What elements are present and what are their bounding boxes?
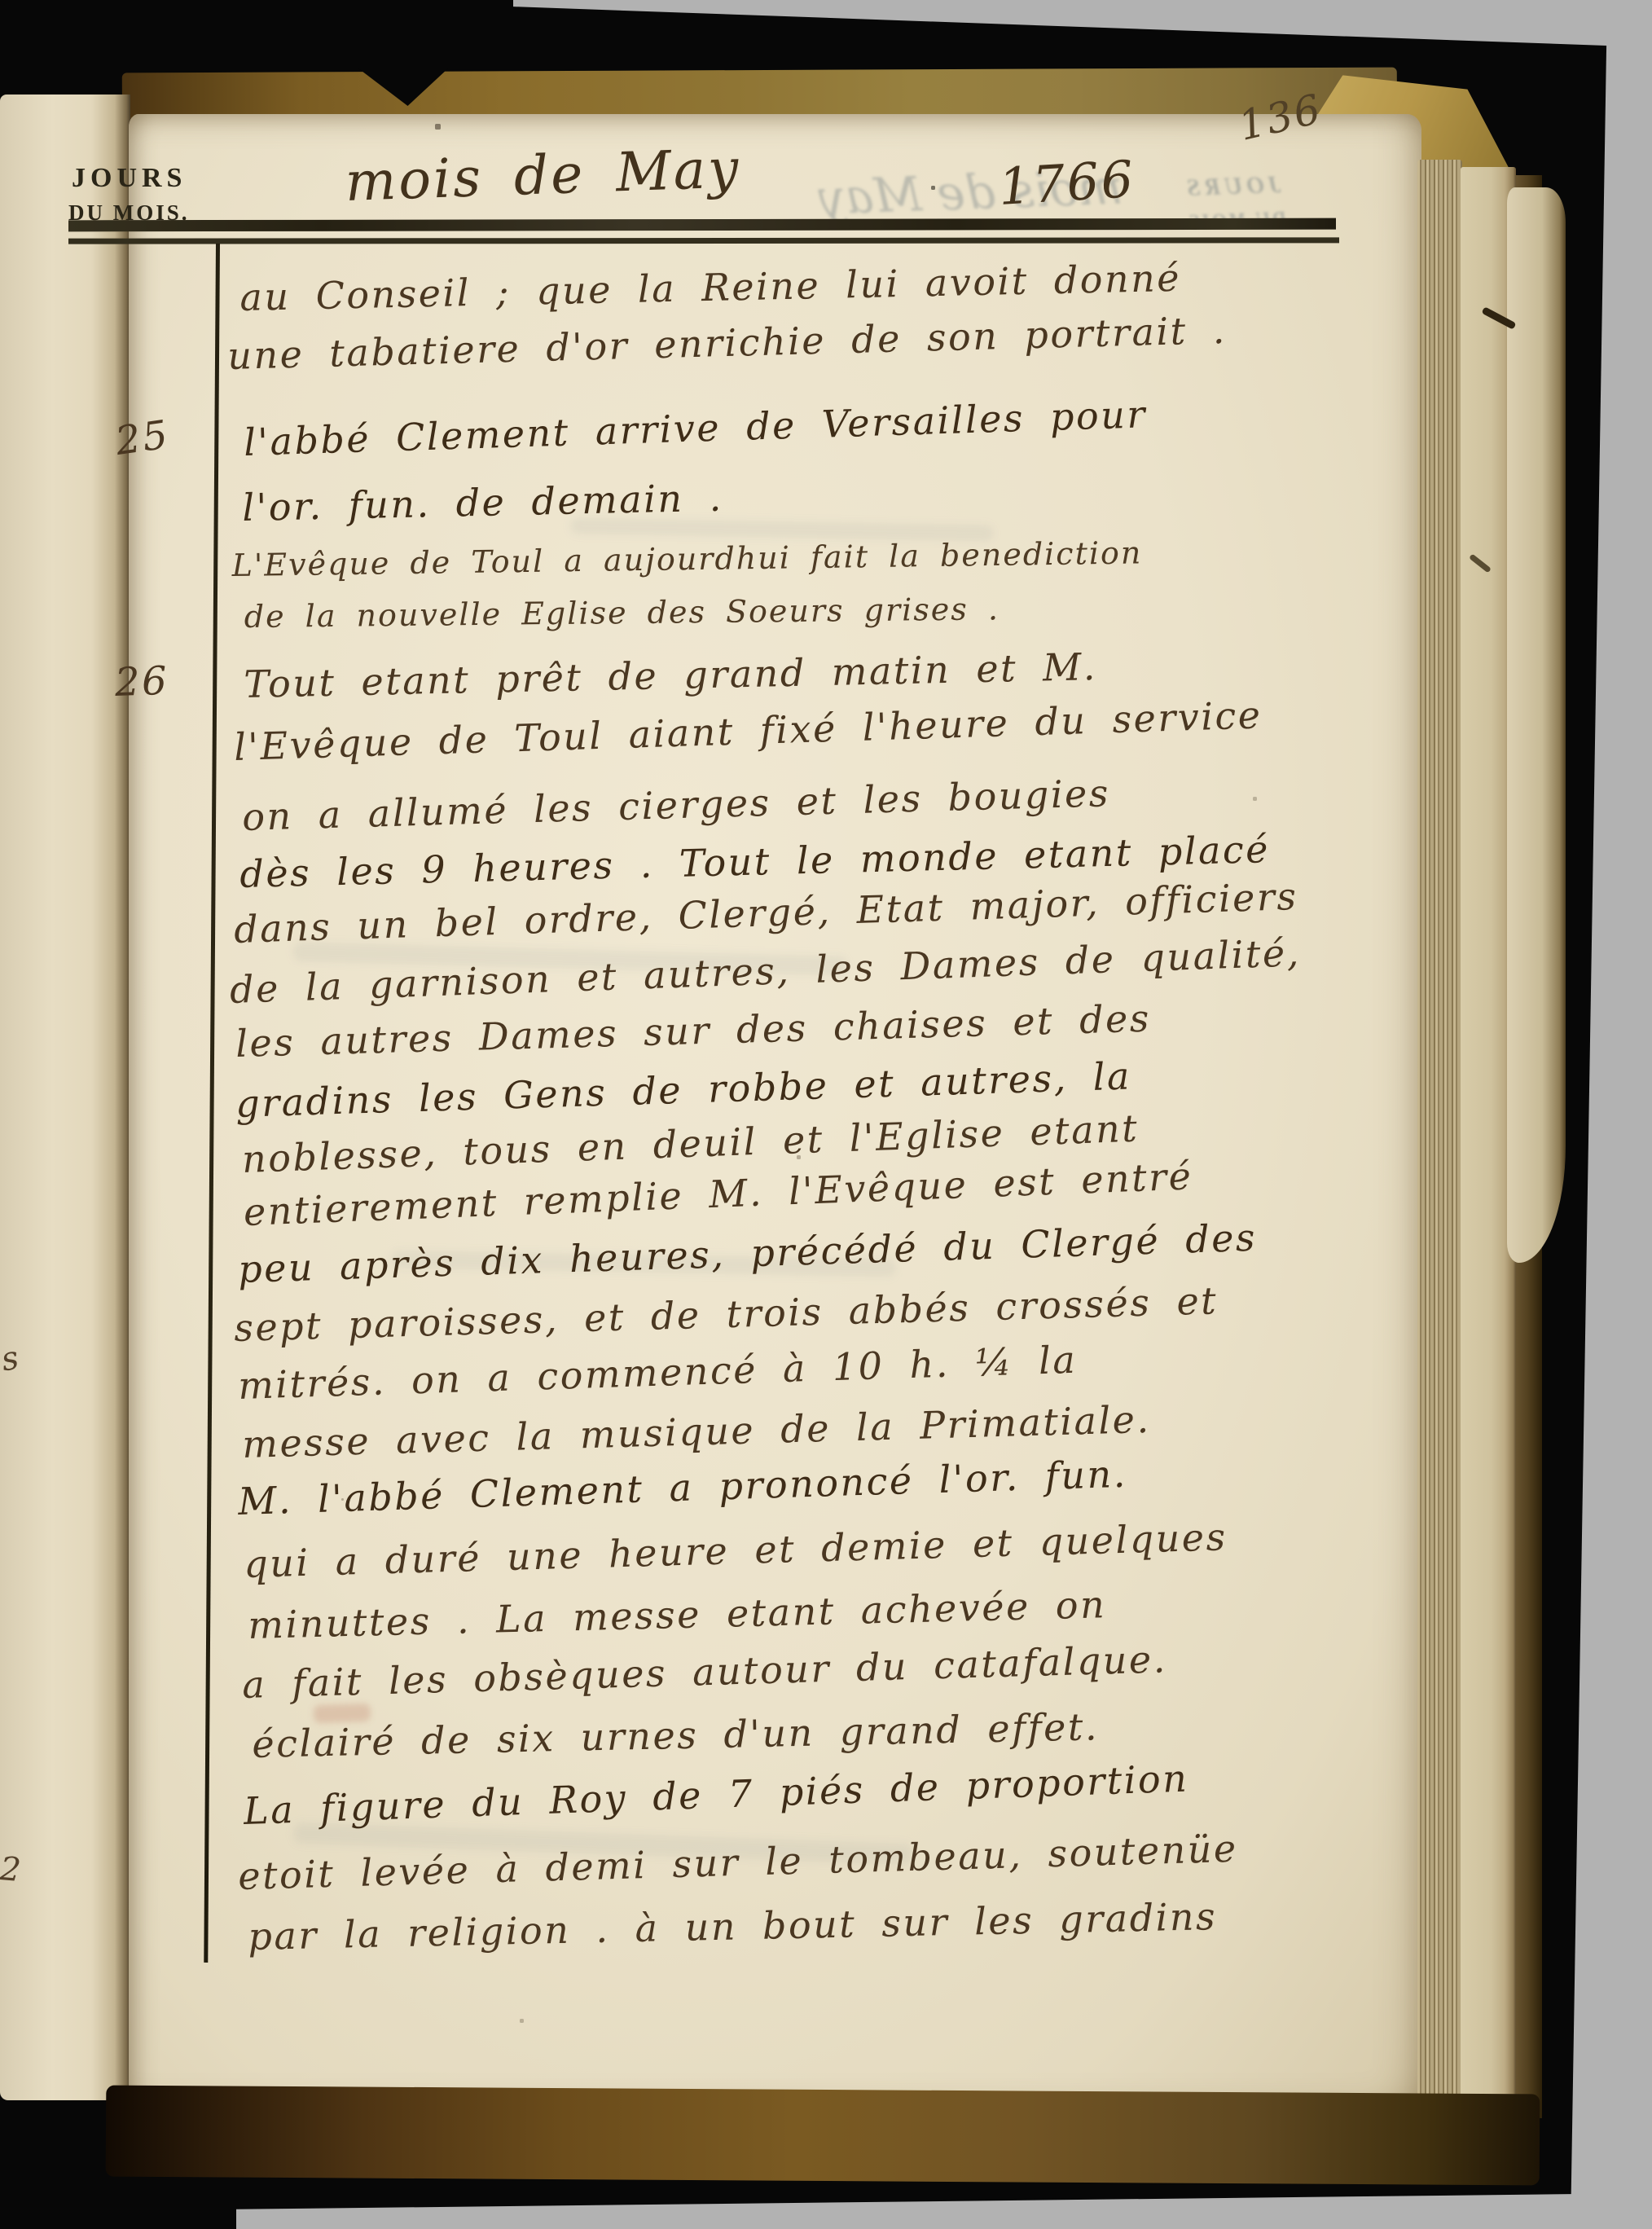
fore-edge-protruding-leaf xyxy=(1507,187,1566,1263)
previous-page-edge xyxy=(0,95,130,2100)
fore-edge-page-stack xyxy=(1417,160,1462,2119)
book-tail-edge xyxy=(106,2086,1540,2186)
year: 1766 xyxy=(997,152,1137,215)
printed-header-jours: JOURS xyxy=(72,163,187,194)
showthrough-printed-label-1: JOURS xyxy=(1182,171,1281,202)
entry-25-line: l'or. fun. de demain . xyxy=(242,477,723,529)
scanner-backdrop-right xyxy=(1571,0,1652,2229)
day-number-25: 25 xyxy=(113,413,173,463)
horizontal-rule-thick xyxy=(68,218,1336,232)
scanner-backdrop-bottom xyxy=(236,2193,1652,2229)
red-ink-smudge xyxy=(314,1704,371,1723)
day-number-26: 26 xyxy=(114,660,169,705)
gutter-ink-mark: 2 xyxy=(0,1850,22,1889)
scanner-backdrop-top xyxy=(513,0,1652,47)
manuscript-scan: mois de May JOURS DU MOIS. JOURS DU MOIS… xyxy=(0,0,1652,2229)
paper-specks xyxy=(0,0,1,1)
month-title: mois de May xyxy=(344,139,741,213)
horizontal-rule-thin xyxy=(68,237,1339,244)
